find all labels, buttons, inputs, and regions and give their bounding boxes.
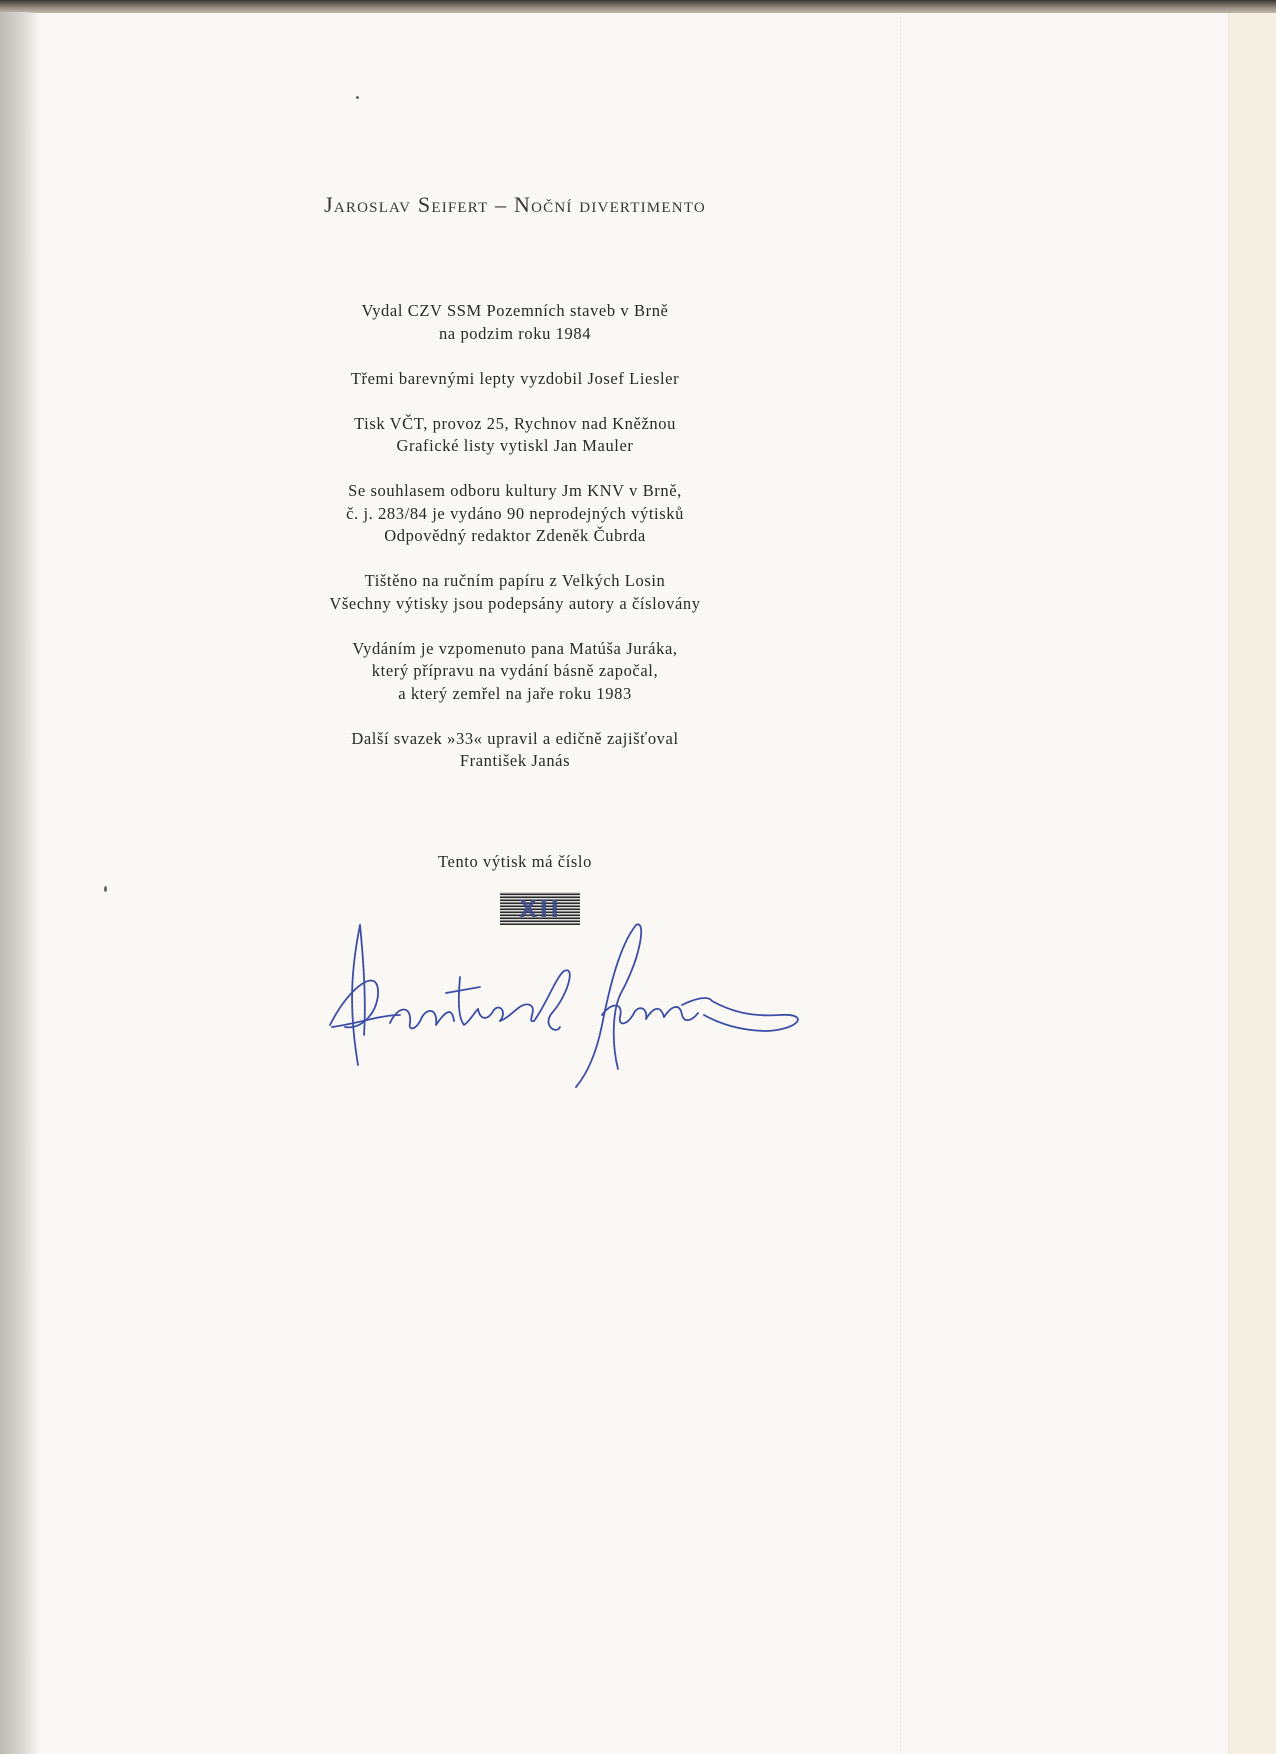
- colophon-line: který přípravu na vydání básně započal,: [0, 660, 1030, 683]
- paper-speck: [104, 886, 107, 892]
- colophon-line: Grafické listy vytiskl Jan Mauler: [0, 435, 1030, 458]
- colophon-line: a který zemřel na jaře roku 1983: [0, 683, 1030, 706]
- colophon-line: Vydáním je vzpomenuto pana Matúša Juráka…: [0, 638, 1030, 661]
- page-edge-right: [1228, 13, 1276, 1754]
- signature: [320, 905, 820, 1095]
- colophon: Vydal CZV SSM Pozemních staveb v Brně na…: [0, 300, 1030, 795]
- colophon-line: Se souhlasem odboru kultury Jm KNV v Brn…: [0, 480, 1030, 503]
- colophon-block-approval: Se souhlasem odboru kultury Jm KNV v Brn…: [0, 480, 1030, 548]
- colophon-line: č. j. 283/84 je vydáno 90 neprodejných v…: [0, 503, 1030, 526]
- colophon-block-paper: Tištěno na ručním papíru z Velkých Losin…: [0, 570, 1030, 615]
- colophon-line: Vydal CZV SSM Pozemních staveb v Brně: [0, 300, 1030, 323]
- colophon-line: Další svazek »33« upravil a edičně zajiš…: [0, 728, 1030, 751]
- colophon-block-dedication: Vydáním je vzpomenuto pana Matúša Juráka…: [0, 638, 1030, 706]
- colophon-line: Tisk VČT, provoz 25, Rychnov nad Kněžnou: [0, 413, 1030, 436]
- copy-number-label: Tento výtisk má číslo: [0, 852, 1030, 872]
- colophon-block-illustrations: Třemi barevnými lepty vyzdobil Josef Lie…: [0, 368, 1030, 391]
- colophon-line: František Janás: [0, 750, 1030, 773]
- colophon-line: na podzim roku 1984: [0, 323, 1030, 346]
- colophon-line: Tištěno na ručním papíru z Velkých Losin: [0, 570, 1030, 593]
- colophon-block-printing: Tisk VČT, provoz 25, Rychnov nad Kněžnou…: [0, 413, 1030, 458]
- scan-top-edge: [0, 0, 1276, 14]
- scan-left-shadow: [0, 12, 40, 1754]
- colophon-block-publisher: Vydal CZV SSM Pozemních staveb v Brně na…: [0, 300, 1030, 345]
- page: [24, 13, 1234, 1754]
- paper-speck: [356, 96, 359, 99]
- colophon-line: Všechny výtisky jsou podepsány autory a …: [0, 593, 1030, 616]
- paper-crease: [900, 13, 901, 1754]
- colophon-block-editor: Další svazek »33« upravil a edičně zajiš…: [0, 728, 1030, 773]
- colophon-line: Odpovědný redaktor Zdeněk Čubrda: [0, 525, 1030, 548]
- page-title: Jaroslav Seifert – Noční divertimento: [0, 192, 1030, 218]
- colophon-line: Třemi barevnými lepty vyzdobil Josef Lie…: [0, 368, 1030, 391]
